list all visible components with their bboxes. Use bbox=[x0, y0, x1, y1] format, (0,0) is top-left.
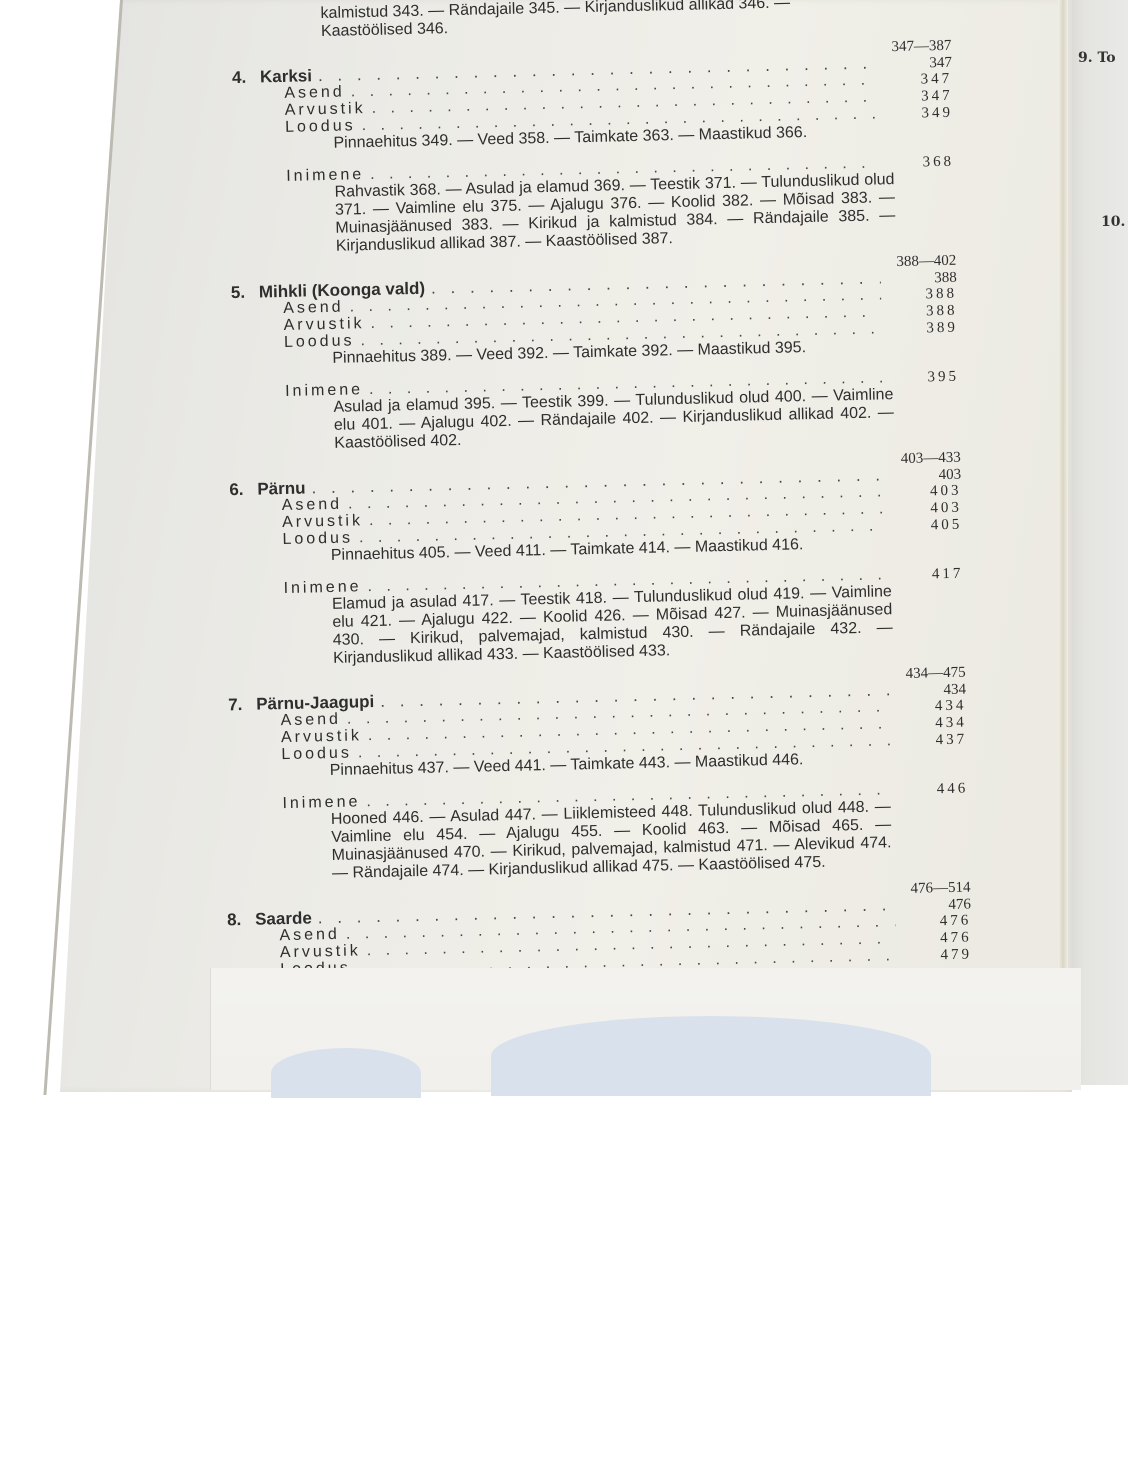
subsection-page: 405 bbox=[892, 517, 962, 536]
toc-section: 4.Karksi347347—387Asend347Arvustik347Loo… bbox=[192, 53, 956, 259]
subsection-label: Asend bbox=[283, 299, 344, 317]
subsection-label: Asend bbox=[284, 84, 345, 102]
subsection-label: Loodus bbox=[284, 332, 355, 351]
right-page-entry-10: 10. bbox=[1101, 214, 1125, 230]
subsection-label: Asend bbox=[279, 926, 340, 944]
stain bbox=[271, 1048, 421, 1098]
subsection-label: Loodus bbox=[282, 529, 353, 548]
section-number: 5. bbox=[231, 284, 259, 302]
subsection-label: Arvustik bbox=[280, 942, 361, 961]
subsection-label: Asend bbox=[282, 496, 343, 514]
subsection-page: 349 bbox=[883, 105, 953, 124]
stain bbox=[491, 1016, 931, 1096]
section-number: 8. bbox=[227, 911, 255, 929]
subsection-label: Loodus bbox=[281, 745, 352, 764]
subsection-page: 417 bbox=[893, 566, 963, 585]
subsection-details: Hooned 446. — Asulad 447. — Liiklemistee… bbox=[331, 798, 892, 883]
toc-section: 6.Pärnu403403—433Asend403Arvustik403Lood… bbox=[201, 465, 965, 671]
subsection-details: Rahvastik 368. — Asulad ja elamud 369. —… bbox=[334, 171, 895, 256]
subsection-label: Inimene bbox=[286, 166, 364, 185]
subsection-page: 479 bbox=[902, 947, 972, 966]
section-page-range: 403—433 bbox=[901, 450, 961, 468]
section-title: Pärnu bbox=[257, 480, 306, 498]
tape-strip bbox=[210, 968, 1081, 1090]
subsection-label: Asend bbox=[280, 711, 341, 729]
book-photo: 9. To 10. Mõisad 342. — ... kalmistud 34… bbox=[0, 0, 1128, 1095]
subsection-label: Inimene bbox=[282, 793, 360, 812]
subsection-page: 389 bbox=[888, 320, 958, 339]
subsection-label: Arvustik bbox=[281, 727, 362, 746]
table-of-contents: Mõisad 342. — ... kalmistud 343. — Rända… bbox=[190, 0, 973, 998]
section-number: 6. bbox=[229, 481, 257, 499]
right-page: 9. To 10. bbox=[1066, 0, 1128, 1085]
section-page-range: 347—387 bbox=[891, 38, 951, 56]
subsection-label: Arvustik bbox=[285, 100, 366, 119]
subsection-page: 437 bbox=[897, 732, 967, 751]
book-gutter bbox=[1058, 0, 1068, 1085]
right-page-entry-9: 9. To bbox=[1078, 50, 1116, 66]
subsection-page: 446 bbox=[898, 781, 968, 800]
toc-section: 5.Mihkli (Koonga vald)388388—402Asend388… bbox=[197, 268, 961, 456]
subsection-label: Arvustik bbox=[282, 512, 363, 531]
subsection-page: 395 bbox=[889, 369, 959, 388]
subsection-label: Loodus bbox=[285, 117, 356, 136]
subsection-label: Arvustik bbox=[283, 315, 364, 334]
subsection-page: 368 bbox=[884, 154, 954, 173]
subsection-label: Inimene bbox=[283, 578, 361, 597]
top-fragment: Mõisad 342. — ... kalmistud 343. — Rända… bbox=[320, 0, 881, 41]
section-title: Karksi bbox=[260, 67, 312, 85]
section-page-range: 434—475 bbox=[906, 665, 966, 683]
toc-section: 7.Pärnu-Jaagupi434434—475Asend434Arvusti… bbox=[206, 680, 970, 886]
section-number: 4. bbox=[232, 68, 260, 86]
section-number: 7. bbox=[228, 696, 256, 714]
section-page-range: 388—402 bbox=[896, 253, 956, 271]
section-page-range: 476—514 bbox=[910, 880, 970, 898]
section-title: Saarde bbox=[255, 909, 312, 927]
subsection-label: Inimene bbox=[285, 381, 363, 400]
toc-sections: 4.Karksi347347—387Asend347Arvustik347Loo… bbox=[192, 53, 973, 998]
subsection-details: Elamud ja asulad 417. — Teestik 418. — T… bbox=[332, 583, 893, 668]
